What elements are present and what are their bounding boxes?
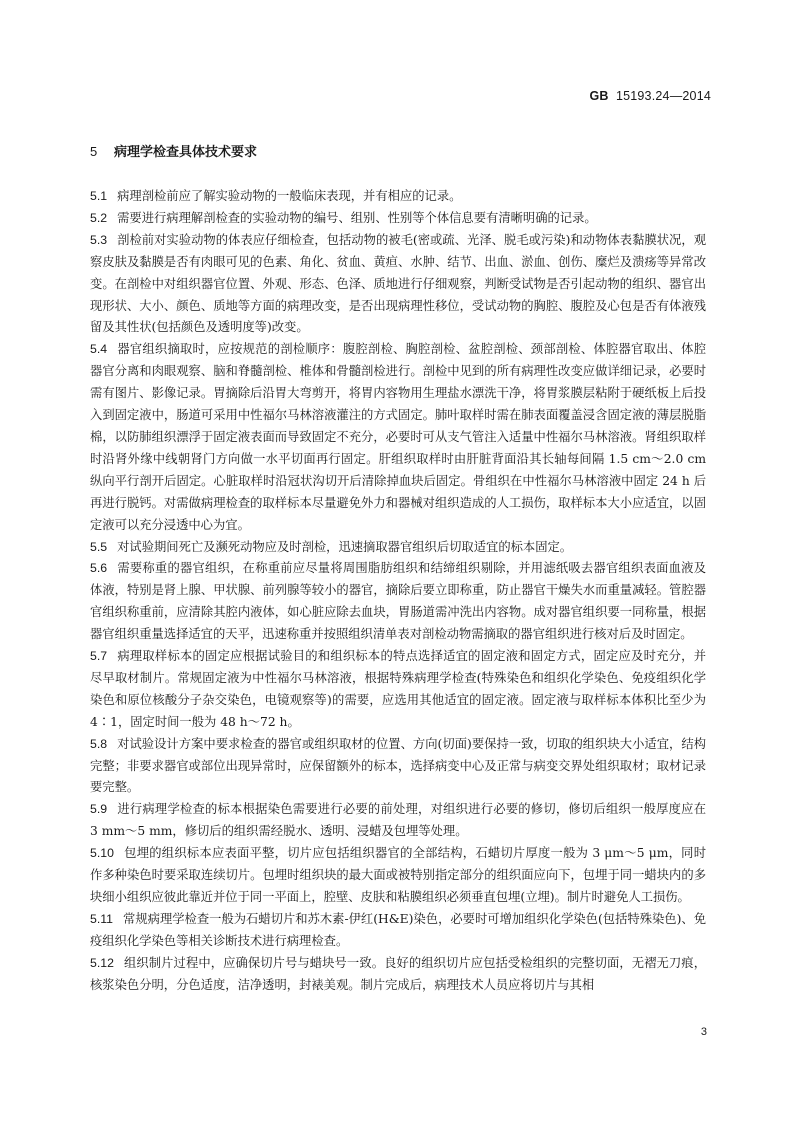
- clause-text: 对试验期间死亡及濒死动物应及时剖检，迅速摘取器官组织后切取适宜的标本固定。: [117, 540, 572, 554]
- clause-5-5: 5.5对试验期间死亡及濒死动物应及时剖检，迅速摘取器官组织后切取适宜的标本固定。: [90, 537, 706, 559]
- page-number: 3: [701, 1026, 707, 1038]
- section-heading: 5病理学检查具体技术要求: [90, 142, 706, 162]
- standard-number: 15193.24—2014: [616, 89, 711, 103]
- clause-text: 病理取样标本的固定应根据试验目的和组织标本的特点选择适宜的固定液和固定方式，固定…: [90, 649, 706, 729]
- section-number: 5: [90, 142, 114, 162]
- clause-number: 5.10: [90, 843, 114, 865]
- clause-text: 进行病理学检查的标本根据染色需要进行必要的前处理，对组织进行必要的修切，修切后组…: [90, 802, 706, 838]
- clause-5-11: 5.11常规病理学检查一般为石蜡切片和苏木素-伊红(H&E)染色，必要时可增加组…: [90, 909, 706, 953]
- clause-5-9: 5.9进行病理学检查的标本根据染色需要进行必要的前处理，对组织进行必要的修切，修…: [90, 799, 706, 843]
- standard-prefix: GB: [589, 89, 608, 103]
- section-title: 病理学检查具体技术要求: [114, 145, 257, 160]
- document-body: 5病理学检查具体技术要求 5.1病理剖检前应了解实验动物的一般临床表现，并有相应…: [90, 142, 706, 997]
- clause-number: 5.5: [90, 537, 107, 559]
- clause-text: 组织制片过程中，应确保切片号与蜡块号一致。良好的组织切片应包括受检组织的完整切面…: [90, 956, 706, 992]
- clause-number: 5.12: [90, 953, 114, 975]
- clause-text: 需要进行病理解剖检查的实验动物的编号、组别、性别等个体信息要有清晰明确的记录。: [117, 211, 597, 225]
- clause-5-2: 5.2需要进行病理解剖检查的实验动物的编号、组别、性别等个体信息要有清晰明确的记…: [90, 208, 706, 230]
- clause-number: 5.7: [90, 646, 107, 668]
- clause-text: 病理剖检前应了解实验动物的一般临床表现，并有相应的记录。: [117, 189, 461, 203]
- clause-number: 5.11: [90, 909, 113, 931]
- clause-number: 5.1: [90, 186, 107, 208]
- clause-5-10: 5.10包埋的组织标本应表面平整，切片应包括组织器官的全部结构，石蜡切片厚度一般…: [90, 843, 706, 909]
- clause-text: 剖检前对实验动物的体表应仔细检查，包括动物的被毛(密或疏、光泽、脱毛或污染)和动…: [90, 233, 706, 335]
- standard-code: GB 15193.24—2014: [589, 89, 711, 103]
- clause-5-8: 5.8对试验设计方案中要求检查的器官或组织取材的位置、方向(切面)要保持一致，切…: [90, 734, 706, 800]
- clause-number: 5.9: [90, 799, 107, 821]
- clause-number: 5.6: [90, 558, 107, 580]
- clause-number: 5.4: [90, 339, 107, 361]
- clause-number: 5.3: [90, 230, 107, 252]
- clause-5-1: 5.1病理剖检前应了解实验动物的一般临床表现，并有相应的记录。: [90, 186, 706, 208]
- clause-number: 5.8: [90, 734, 107, 756]
- clause-text: 需要称重的器官组织，在称重前应尽量将周围脂肪组织和结缔组织剔除，并用滤纸吸去器官…: [90, 561, 706, 641]
- clause-text: 对试验设计方案中要求检查的器官或组织取材的位置、方向(切面)要保持一致，切取的组…: [90, 737, 706, 795]
- clause-5-4: 5.4器官组织摘取时，应按规范的剖检顺序：腹腔剖检、胸腔剖检、盆腔剖检、颈部剖检…: [90, 339, 706, 536]
- clause-5-7: 5.7病理取样标本的固定应根据试验目的和组织标本的特点选择适宜的固定液和固定方式…: [90, 646, 706, 734]
- clause-5-3: 5.3剖检前对实验动物的体表应仔细检查，包括动物的被毛(密或疏、光泽、脱毛或污染…: [90, 230, 706, 340]
- clause-5-12: 5.12组织制片过程中，应确保切片号与蜡块号一致。良好的组织切片应包括受检组织的…: [90, 953, 706, 997]
- clause-text: 器官组织摘取时，应按规范的剖检顺序：腹腔剖检、胸腔剖检、盆腔剖检、颈部剖检、体腔…: [90, 342, 706, 531]
- clause-number: 5.2: [90, 208, 107, 230]
- clause-text: 常规病理学检查一般为石蜡切片和苏木素-伊红(H&E)染色，必要时可增加组织化学染…: [90, 912, 706, 948]
- clause-5-6: 5.6需要称重的器官组织，在称重前应尽量将周围脂肪组织和结缔组织剔除，并用滤纸吸…: [90, 558, 706, 646]
- clause-text: 包埋的组织标本应表面平整，切片应包括组织器官的全部结构，石蜡切片厚度一般为 3 …: [90, 846, 706, 904]
